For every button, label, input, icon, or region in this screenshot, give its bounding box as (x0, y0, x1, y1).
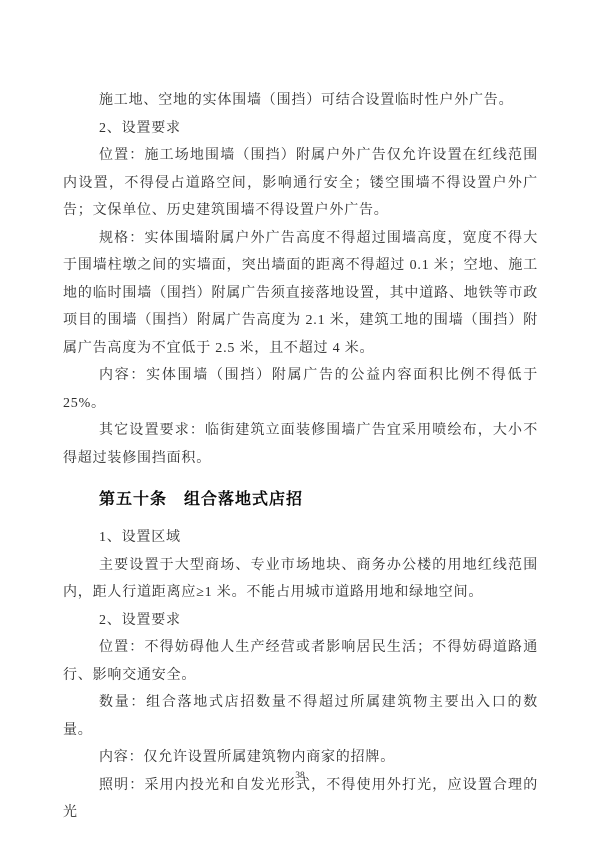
article-50-heading: 第五十条 组合落地式店招 (63, 485, 538, 515)
paragraph-construction-site-walls: 施工地、空地的实体围墙（围挡）可结合设置临时性户外广告。 (63, 87, 538, 115)
paragraph-content-rules: 内容：实体围墙（围挡）附属广告的公益内容面积比例不得低于 25%。 (63, 362, 538, 417)
paragraph-position-rules: 位置：施工场地围墙（围挡）附属户外广告仅允许设置在红线范围内设置，不得侵占道路空… (63, 142, 538, 225)
document-page: 施工地、空地的实体围墙（围挡）可结合设置临时性户外广告。 2、设置要求 位置：施… (0, 0, 600, 848)
paragraph-setup-area-detail: 主要设置于大型商场、专业市场地块、商务办公楼的用地红线范围内，距人行道距离应≥1… (63, 552, 538, 607)
paragraph-quantity-rules: 数量：组合落地式店招数量不得超过所属建筑物主要出入口的数量。 (63, 689, 538, 744)
paragraph-setup-requirements-label: 2、设置要求 (63, 115, 538, 143)
paragraph-content-rules-2: 内容：仅允许设置所属建筑物内商家的招牌。 (63, 744, 538, 772)
paragraph-specification-rules: 规格：实体围墙附属户外广告高度不得超过围墙高度，宽度不得大于围墙柱墩之间的实墙面… (63, 225, 538, 363)
paragraph-setup-requirements-label-2: 2、设置要求 (63, 607, 538, 635)
paragraph-position-rules-2: 位置：不得妨碍他人生产经营或者影响居民生活；不得妨碍道路通行、影响交通安全。 (63, 634, 538, 689)
paragraph-setup-area-label: 1、设置区域 (63, 524, 538, 552)
paragraph-other-requirements: 其它设置要求：临街建筑立面装修围墙广告宜采用喷绘布，大小不得超过装修围挡面积。 (63, 417, 538, 472)
page-number: 38 (0, 771, 600, 781)
